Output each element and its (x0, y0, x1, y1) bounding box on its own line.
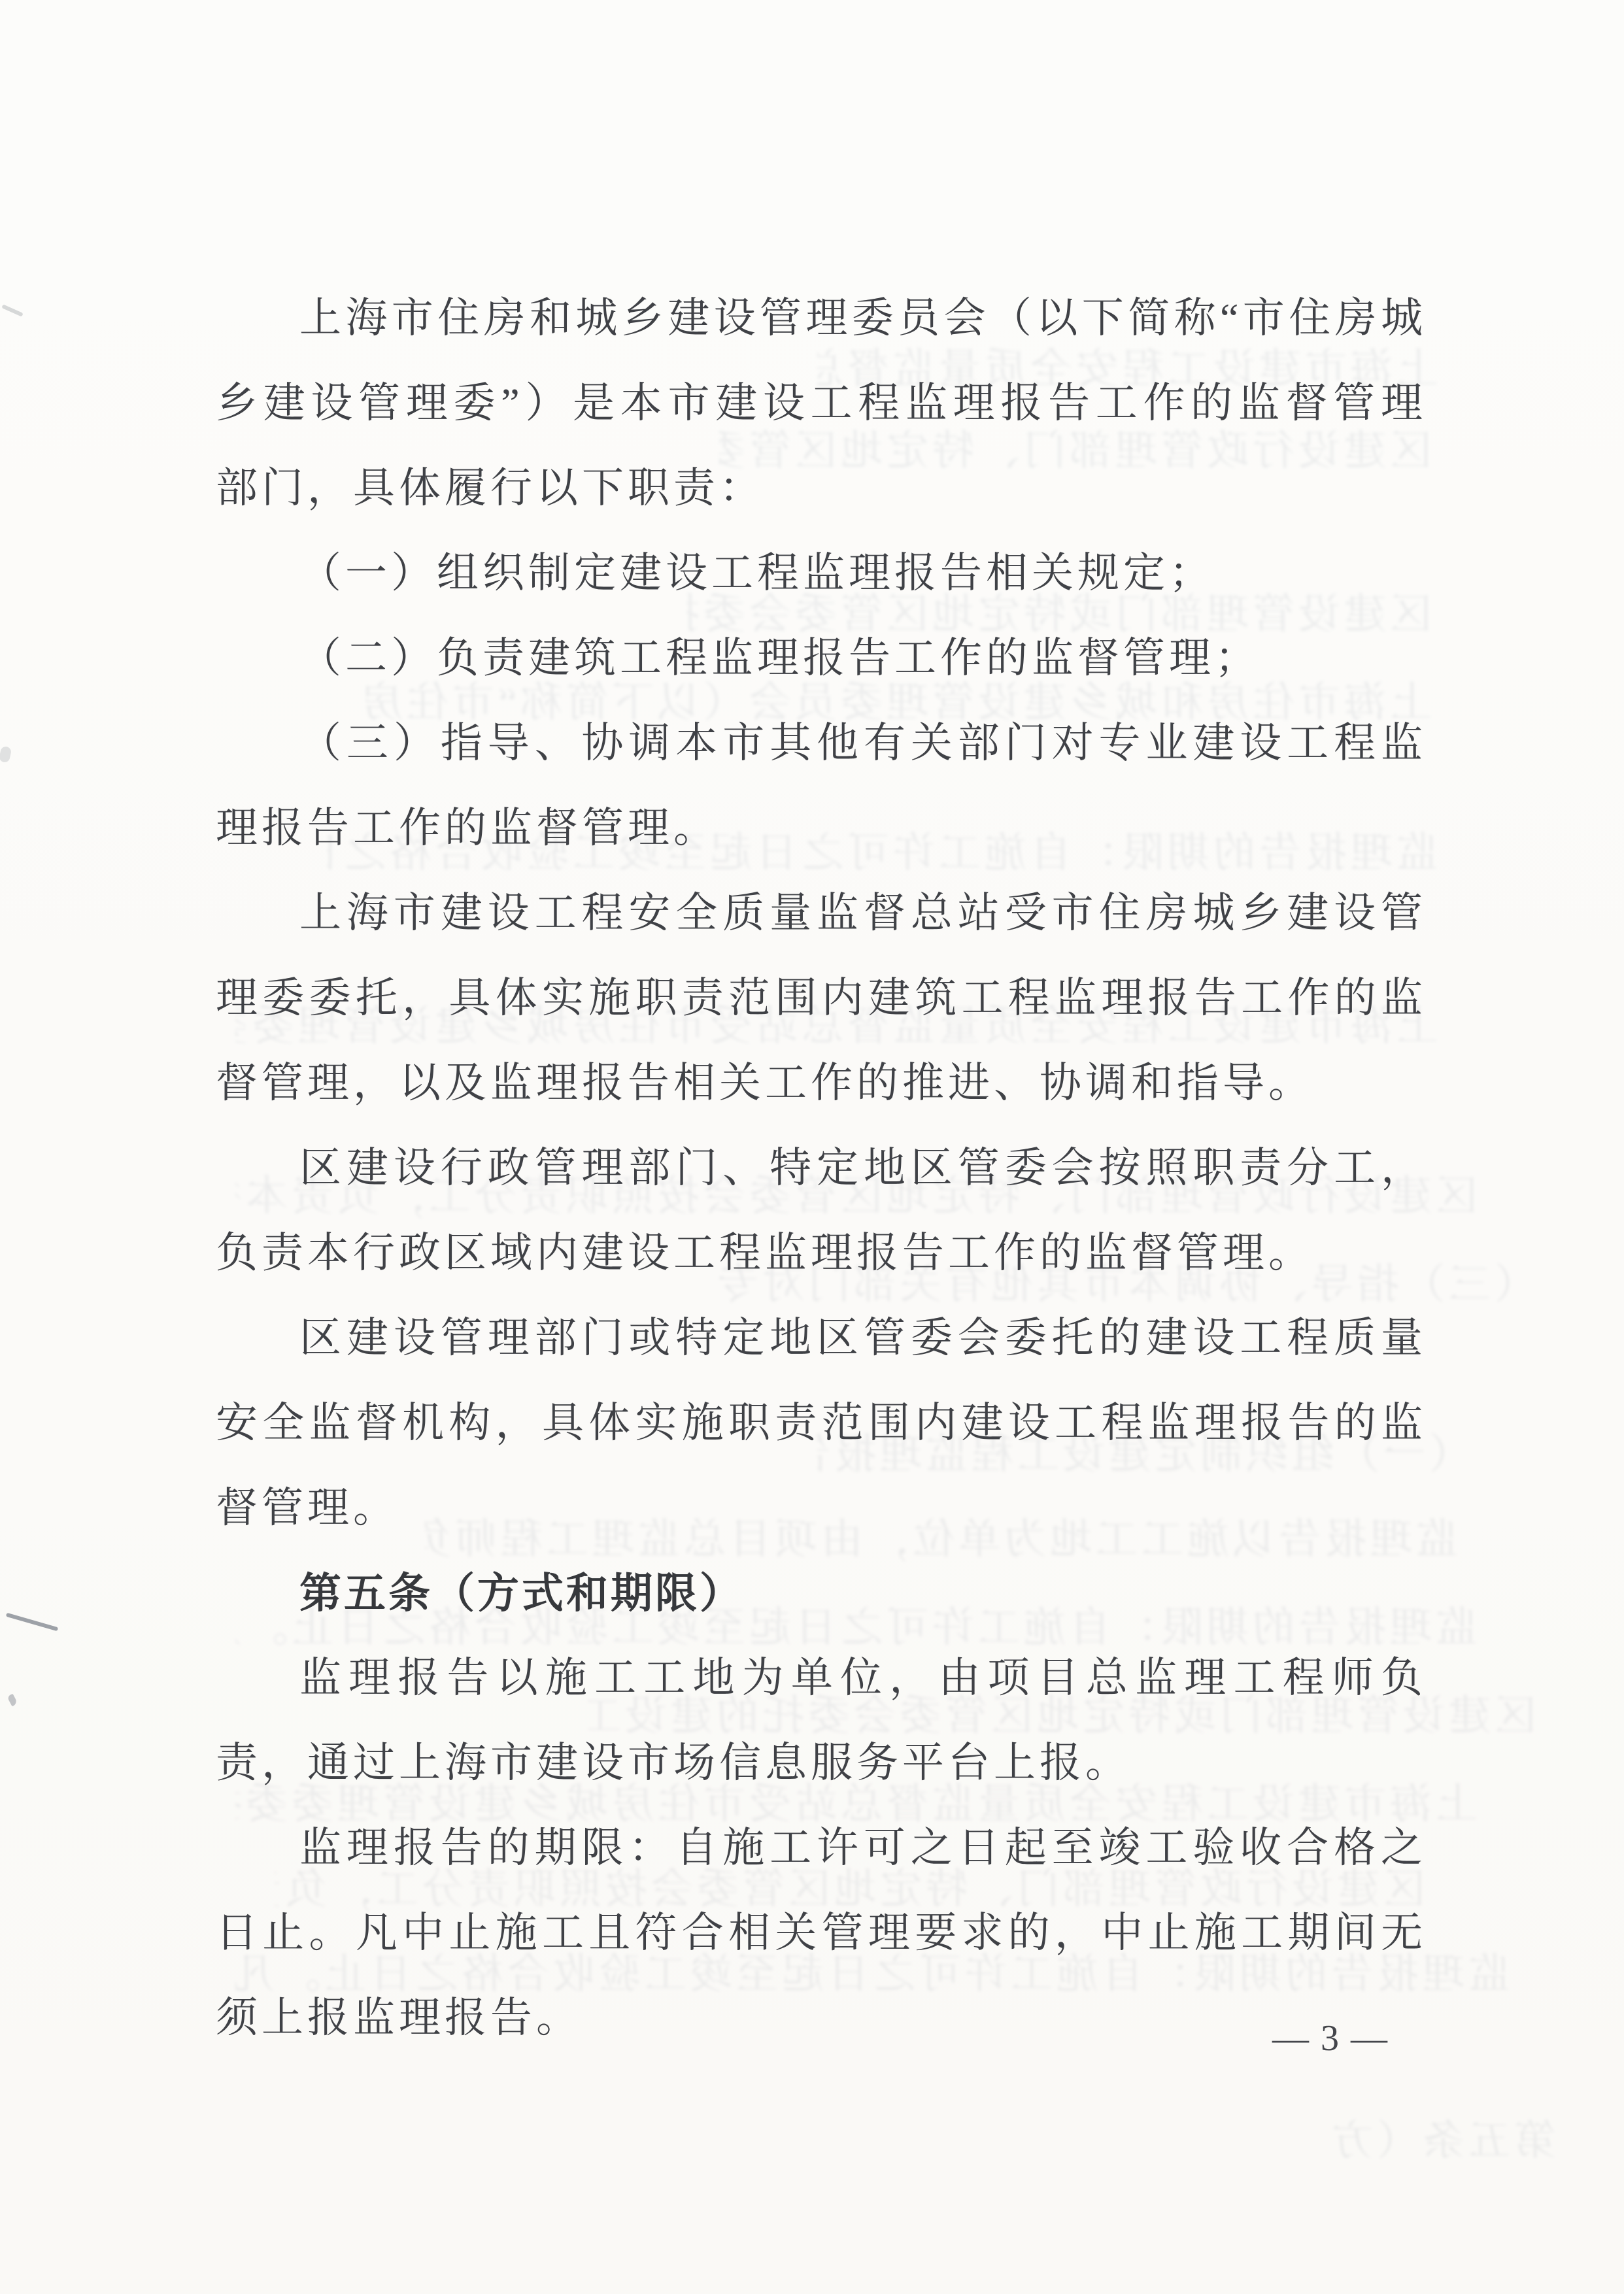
bleedthrough-line: 第五条（方式和期限） (1334, 2118, 1556, 2165)
paragraph-entrusted: 区建设管理部门或特定地区管委会委托的建设工程质量安全监督机构，具体实施职责范围内… (216, 1296, 1427, 1551)
document-body: 上海市住房和城乡建设管理委员会（以下简称“市住房城乡建设管理委”）是本市建设工程… (216, 276, 1427, 2061)
paragraph-intro: 上海市住房和城乡建设管理委员会（以下简称“市住房城乡建设管理委”）是本市建设工程… (216, 276, 1427, 531)
page-number: — 3 — (1236, 2017, 1425, 2059)
smudge-mark (7, 1694, 18, 1707)
paragraph-duty-3: （三）指导、协调本市其他有关部门对专业建设工程监理报告工作的监督管理。 (216, 701, 1427, 871)
paragraph-duty-1: （一）组织制定建设工程监理报告相关规定； (216, 531, 1427, 616)
paragraph-report-unit: 监理报告以施工工地为单位，由项目总监理工程师负责，通过上海市建设市场信息服务平台… (216, 1636, 1427, 1806)
smudge-mark (0, 746, 12, 764)
paragraph-district: 区建设行政管理部门、特定地区管委会按照职责分工，负责本行政区域内建设工程监理报告… (216, 1126, 1427, 1296)
paragraph-duty-2: （二）负责建筑工程监理报告工作的监督管理； (216, 616, 1427, 701)
scanned-document-page: { "document": { "language": "zh-CN", "pa… (0, 0, 1624, 2294)
pencil-mark (6, 1613, 58, 1631)
pencil-mark (1, 304, 24, 316)
article-5-heading: 第五条（方式和期限） (216, 1551, 1427, 1636)
paragraph-station: 上海市建设工程安全质量监督总站受市住房城乡建设管理委委托，具体实施职责范围内建筑… (216, 871, 1427, 1126)
